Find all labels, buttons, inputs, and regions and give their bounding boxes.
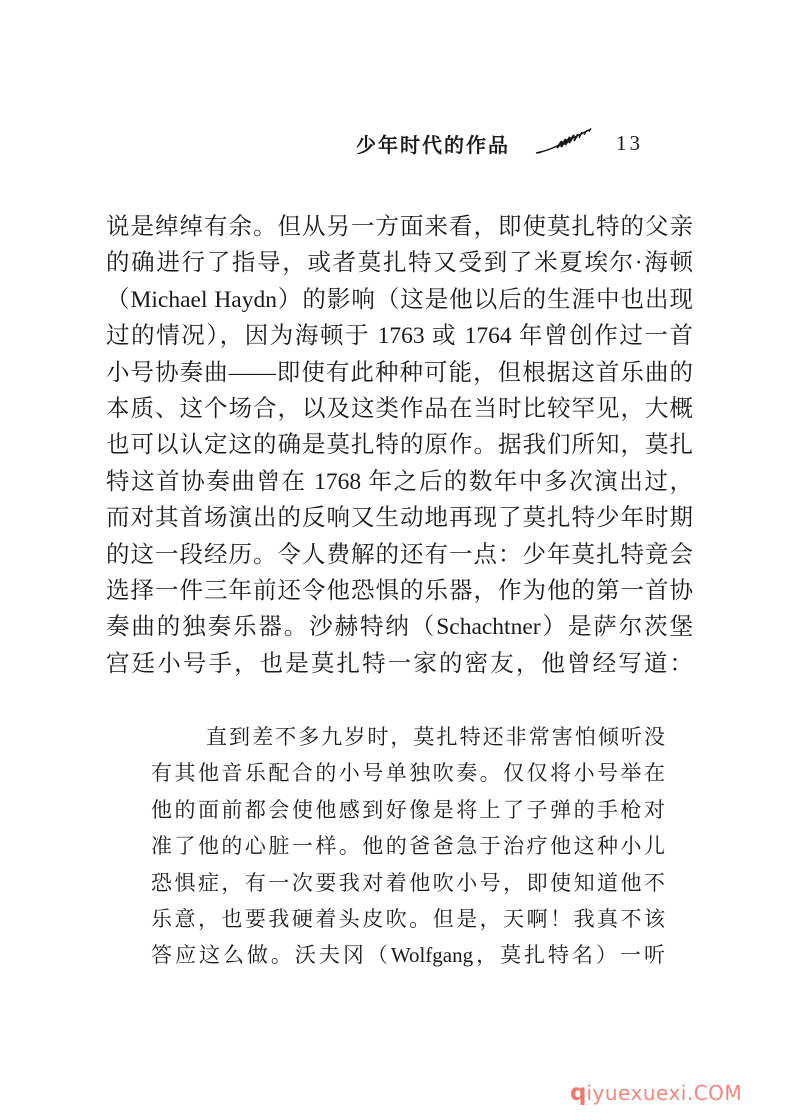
body-line: 本质、这个场合，以及这类作品在当时比较罕见，大概 [106, 391, 693, 427]
quote-line: 他的面前都会使他感到好像是将上了子弹的手枪对 [151, 792, 665, 828]
quill-flourish-icon [533, 123, 597, 164]
body-line: 也可以认定这的确是莫扎特的原作。据我们所知，莫扎 [106, 427, 693, 463]
quote-line: 乐意，也要我硬着头皮吹。但是，天啊！我真不该 [151, 901, 665, 937]
watermark-logo-q: q [570, 1080, 586, 1106]
body-line: （Michael Haydn）的影响（这是他以后的生涯中也出现 [106, 282, 693, 318]
page-number: 13 [616, 131, 643, 156]
site-watermark: qiyuexuexi.COM [570, 1080, 742, 1106]
main-paragraph: 说是绰绰有余。但从另一方面来看，即使莫扎特的父亲 的确进行了指导，或者莫扎特又受… [106, 209, 693, 682]
body-line: 选择一件三年前还令他恐惧的乐器，作为他的第一首协 [106, 573, 693, 609]
body-line: 宫廷小号手，也是莫扎特一家的密友，他曾经写道： [106, 646, 693, 682]
watermark-text: iyuexuexi.COM [586, 1081, 742, 1105]
quote-line: 恐惧症，有一次要我对着他吹小号，即使知道他不 [151, 865, 665, 901]
body-line: 的确进行了指导，或者莫扎特又受到了米夏埃尔·海顿 [106, 245, 693, 281]
quote-line: 直到差不多九岁时，莫扎特还非常害怕倾听没 [151, 719, 665, 755]
block-quote: 直到差不多九岁时，莫扎特还非常害怕倾听没 有其他音乐配合的小号单独吹奏。仅仅将小… [151, 719, 665, 974]
body-line: 的这一段经历。令人费解的还有一点：少年莫扎特竟会 [106, 537, 693, 573]
quote-line: 答应这么做。沃夫冈（Wolfgang，莫扎特名）一听 [151, 937, 665, 973]
body-line: 过的情况），因为海顿于 1763 或 1764 年曾创作过一首 [106, 318, 693, 354]
running-header-title: 少年时代的作品 [356, 129, 510, 158]
body-line: 奏曲的独奏乐器。沙赫特纳（Schachtner）是萨尔茨堡 [106, 609, 693, 645]
body-line: 特这首协奏曲曾在 1768 年之后的数年中多次演出过， [106, 464, 693, 500]
quote-line: 有其他音乐配合的小号单独吹奏。仅仅将小号举在 [151, 755, 665, 791]
body-line: 而对其首场演出的反响又生动地再现了莫扎特少年时期 [106, 500, 693, 536]
body-line: 小号协奏曲——即使有此种种可能，但根据这首乐曲的 [106, 355, 693, 391]
quote-line: 准了他的心脏一样。他的爸爸急于治疗他这种小儿 [151, 828, 665, 864]
scanned-book-page: 少年时代的作品 13 说是绰绰有余。但从另一方面来看，即使莫扎特的父亲 的确进行… [0, 0, 794, 1120]
body-line: 说是绰绰有余。但从另一方面来看，即使莫扎特的父亲 [106, 209, 693, 245]
